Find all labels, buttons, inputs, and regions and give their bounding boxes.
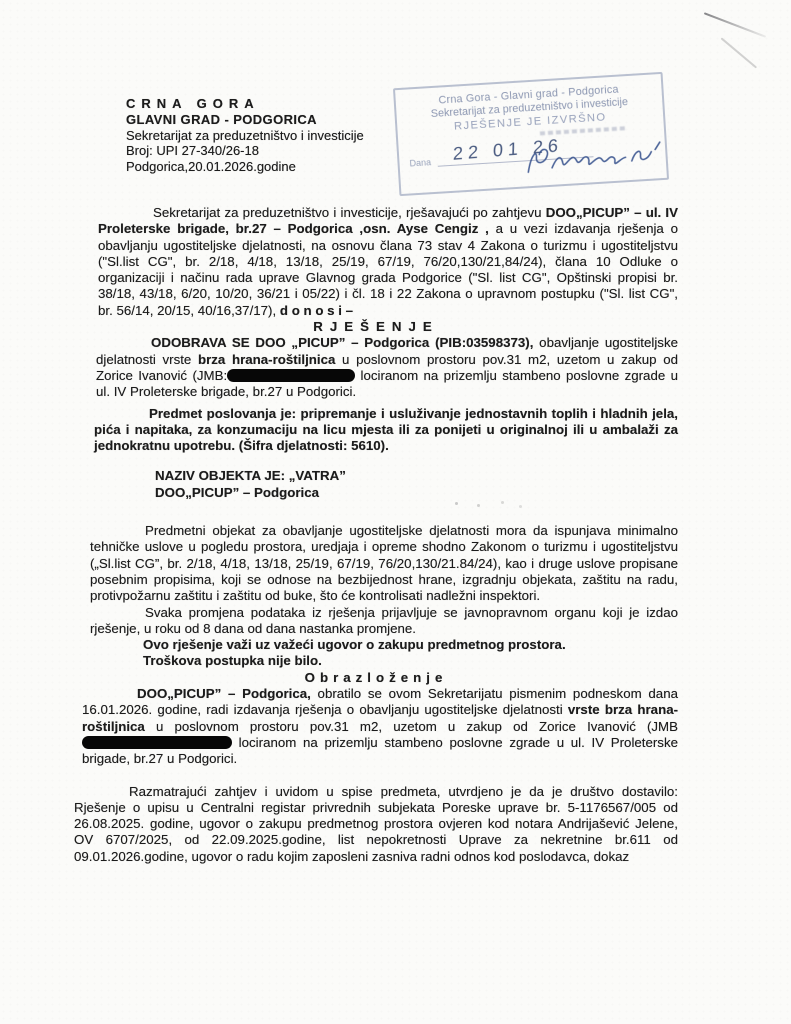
approval-activity-bold: brza hrana-roštiljnica bbox=[198, 352, 342, 367]
approval-bold: ODOBRAVA SE DOO „PICUP” – Podgorica (PIB… bbox=[151, 335, 539, 350]
heading-obrazlozenje: Obrazloženje bbox=[74, 670, 678, 686]
pencil-mark-top-right-2 bbox=[721, 37, 757, 68]
paragraph-request: DOO„PICUP” – Podgorica, obratilo se ovom… bbox=[82, 686, 678, 767]
stamp-small-text bbox=[540, 126, 626, 135]
object-name-line-1: NAZIV OBJEKTA JE: „VATRA” bbox=[155, 468, 678, 484]
object-name-line-2: DOO„PICUP” – Podgorica bbox=[155, 485, 678, 501]
request-text-2: u poslovnom prostoru pov.31 m2, uzetom u… bbox=[156, 719, 678, 734]
stamp-date-label: Dana bbox=[409, 157, 431, 168]
redaction-box-jmb-1 bbox=[227, 369, 355, 382]
letterhead-country: CRNA GORA bbox=[126, 96, 364, 112]
intro-text: Sekretarijat za preduzetništvo i investi… bbox=[153, 205, 546, 220]
letterhead-case-number: Broj: UPI 27-340/26-18 bbox=[126, 143, 364, 159]
letterhead-city: GLAVNI GRAD - PODGORICA bbox=[126, 112, 364, 128]
redaction-box-jmb-2 bbox=[82, 736, 232, 749]
paragraph-approval: ODOBRAVA SE DOO „PICUP” – Podgorica (PIB… bbox=[96, 335, 678, 400]
document-body: Sekretarijat za preduzetništvo i investi… bbox=[74, 205, 678, 865]
request-company-bold: DOO„PICUP” – Podgorica, bbox=[137, 686, 318, 701]
official-stamp: Crna Gora - Glavni grad - Podgorica Sekr… bbox=[393, 72, 669, 196]
paragraph-business-subject: Predmet poslovanja je: pripremanje i usl… bbox=[94, 406, 678, 455]
letterhead-department: Sekretarijat za preduzetništvo i investi… bbox=[126, 128, 364, 144]
paragraph-validity: Ovo rješenje važi uz važeći ugovor o zak… bbox=[88, 637, 678, 653]
paragraph-change-note: Svaka promjena podataka iz rješenja prij… bbox=[90, 605, 678, 638]
pencil-mark-top-right bbox=[704, 12, 766, 38]
letterhead: CRNA GORA GLAVNI GRAD - PODGORICA Sekret… bbox=[126, 96, 364, 175]
signature-handwriting bbox=[519, 134, 671, 185]
paragraph-intro: Sekretarijat za preduzetništvo i investi… bbox=[98, 205, 678, 319]
heading-rjesenje: RJEŠENJE bbox=[74, 319, 678, 335]
paragraph-costs: Troškova postupka nije bilo. bbox=[88, 653, 678, 669]
intro-donosi: d o n o s i – bbox=[280, 303, 353, 318]
scanned-document-page: CRNA GORA GLAVNI GRAD - PODGORICA Sekret… bbox=[0, 0, 791, 1024]
letterhead-place-date: Podgorica,20.01.2026.godine bbox=[126, 159, 364, 175]
paragraph-conditions: Predmetni objekat za obavljanje ugostite… bbox=[90, 523, 678, 604]
paragraph-review: Razmatrajući zahtjev i uvidom u spise pr… bbox=[74, 784, 678, 865]
